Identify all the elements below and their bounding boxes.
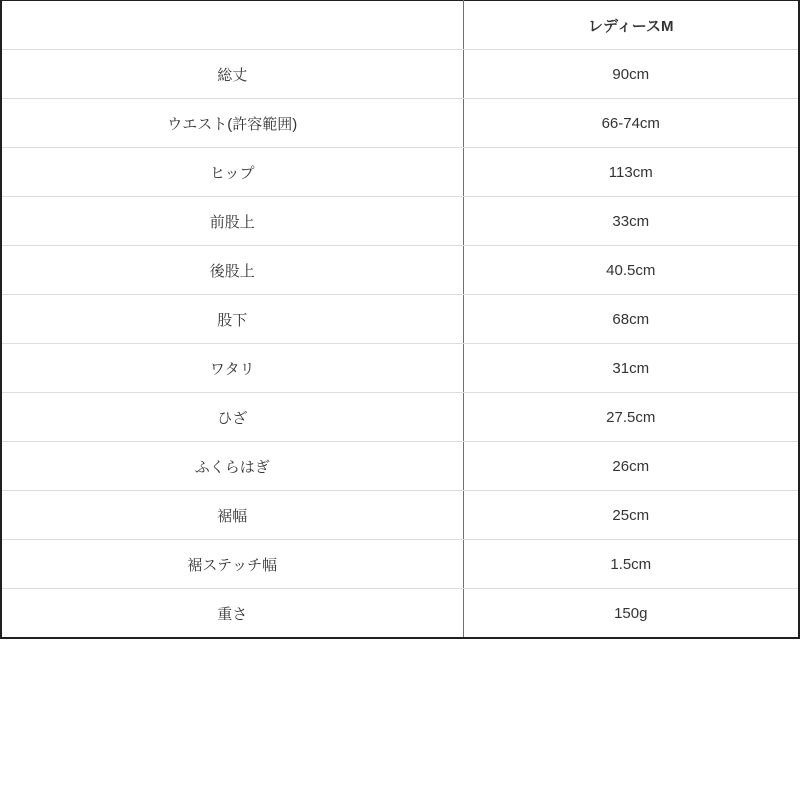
measurement-label: ワタリ (1, 344, 463, 393)
table-row: 前股上33cm (1, 197, 799, 246)
measurement-value: 40.5cm (463, 246, 799, 295)
measurement-label: 重さ (1, 589, 463, 639)
measurement-value: 26cm (463, 442, 799, 491)
measurement-label: 股下 (1, 295, 463, 344)
measurement-label: 総丈 (1, 50, 463, 99)
measurement-value: 66-74cm (463, 99, 799, 148)
measurement-value: 113cm (463, 148, 799, 197)
measurement-label: 前股上 (1, 197, 463, 246)
measurement-label: 裾幅 (1, 491, 463, 540)
measurement-label: ウエスト(許容範囲) (1, 99, 463, 148)
measurement-label: 裾ステッチ幅 (1, 540, 463, 589)
table-row: ワタリ31cm (1, 344, 799, 393)
size-chart-table: レディースM 総丈90cmウエスト(許容範囲)66-74cmヒップ113cm前股… (0, 0, 800, 639)
measurement-value: 33cm (463, 197, 799, 246)
measurement-value: 150g (463, 589, 799, 639)
measurement-value: 27.5cm (463, 393, 799, 442)
measurement-value: 25cm (463, 491, 799, 540)
measurement-label: ひざ (1, 393, 463, 442)
measurement-value: 68cm (463, 295, 799, 344)
measurement-value: 90cm (463, 50, 799, 99)
table-row: 重さ150g (1, 589, 799, 639)
table-row: ウエスト(許容範囲)66-74cm (1, 99, 799, 148)
size-column-header: レディースM (463, 1, 799, 50)
table-row: ヒップ113cm (1, 148, 799, 197)
table-row: 後股上40.5cm (1, 246, 799, 295)
table-row: 総丈90cm (1, 50, 799, 99)
table-row: 裾幅25cm (1, 491, 799, 540)
table-row: ひざ27.5cm (1, 393, 799, 442)
measurement-label: ヒップ (1, 148, 463, 197)
measurement-value: 31cm (463, 344, 799, 393)
measurement-value: 1.5cm (463, 540, 799, 589)
header-row: レディースM (1, 1, 799, 50)
table-body: 総丈90cmウエスト(許容範囲)66-74cmヒップ113cm前股上33cm後股… (1, 50, 799, 639)
table-row: 裾ステッチ幅1.5cm (1, 540, 799, 589)
measurement-label: ふくらはぎ (1, 442, 463, 491)
table-row: ふくらはぎ26cm (1, 442, 799, 491)
empty-header-cell (1, 1, 463, 50)
table-row: 股下68cm (1, 295, 799, 344)
measurement-label: 後股上 (1, 246, 463, 295)
